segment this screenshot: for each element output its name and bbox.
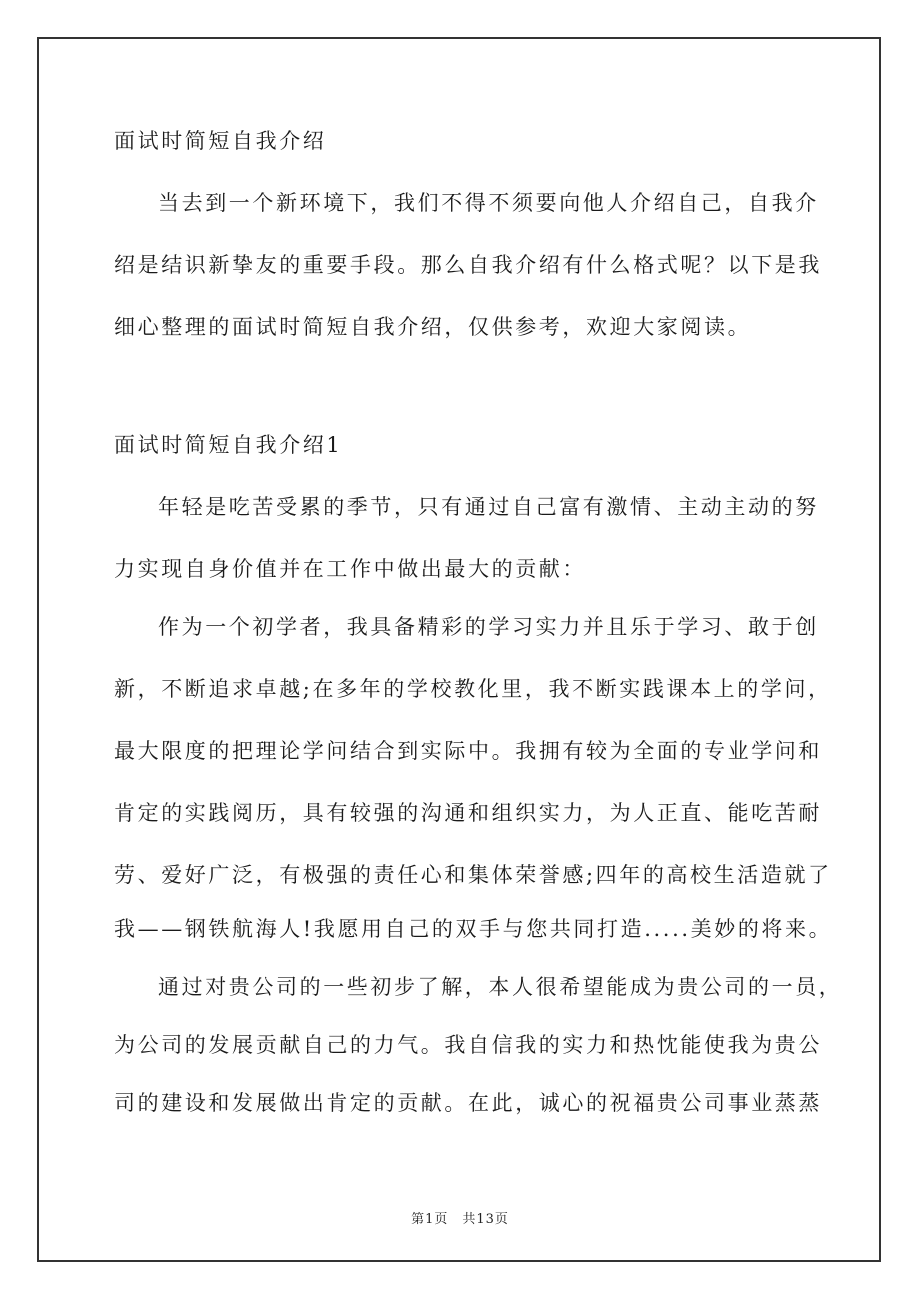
paragraph-line: 作为一个初学者，我具备精彩的学习实力并且乐于学习、敢于创 [158,615,819,639]
paragraph-line: 司的建设和发展做出肯定的贡献。在此，诚心的祝福贵公司事业蒸蒸 [114,1091,822,1115]
document-title: 面试时简短自我介绍 [114,129,326,153]
page-border [37,37,881,1262]
page-footer: 第1页 共13页 [0,1208,920,1227]
paragraph-line: 我——钢铁航海人!我愿用自己的双手与您共同打造.....美妙的将来。 [114,917,832,941]
paragraph-line: 为公司的发展贡献自己的力气。我自信我的实力和热忱能使我为贵公 [114,1033,822,1057]
section-heading: 面试时简短自我介绍1 [114,433,342,457]
paragraph-line: 年轻是吃苦受累的季节，只有通过自己富有激情、主动主动的努 [158,495,819,519]
paragraph-line: 劳、爱好广泛，有极强的责任心和集体荣誉感;四年的高校生活造就了 [114,863,832,887]
paragraph-line: 最大限度的把理论学问结合到实际中。我拥有较为全面的专业学问和 [114,739,822,763]
paragraph-line: 力实现自身价值并在工作中做出最大的贡献： [114,557,586,581]
paragraph-line: 当去到一个新环境下，我们不得不须要向他人介绍自己，自我介 [158,191,819,215]
paragraph-line: 新，不断追求卓越;在多年的学校教化里，我不断实践课本上的学问， [114,677,832,701]
paragraph-line: 细心整理的面试时简短自我介绍，仅供参考，欢迎大家阅读。 [114,315,751,339]
paragraph-line: 通过对贵公司的一些初步了解，本人很希望能成为贵公司的一员， [158,975,842,999]
paragraph-line: 肯定的实践阅历，具有较强的沟通和组织实力，为人正直、能吃苦耐 [114,801,822,825]
paragraph-line: 绍是结识新挚友的重要手段。那么自我介绍有什么格式呢？以下是我 [114,253,822,277]
